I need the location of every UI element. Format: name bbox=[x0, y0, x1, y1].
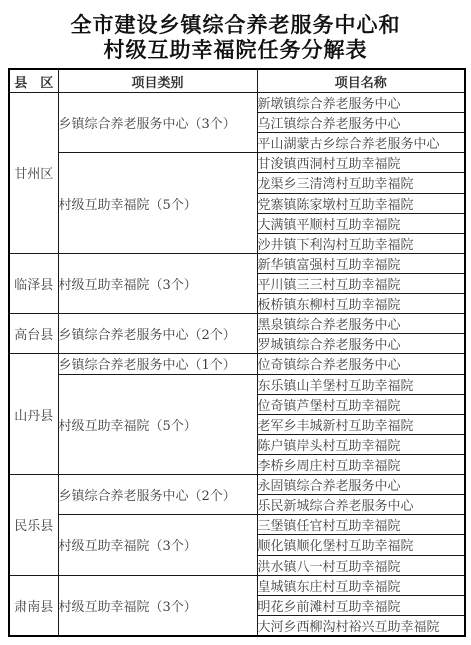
project-cell: 永固镇综合养老服务中心 bbox=[257, 475, 465, 495]
project-cell: 东乐镇山羊堡村互助幸福院 bbox=[257, 374, 465, 394]
project-cell: 平川镇三三村互助幸福院 bbox=[257, 273, 465, 293]
table-row: 肃南县 村级互助幸福院（3个） 皇城镇东庄村互助幸福院 bbox=[9, 575, 465, 595]
category-cell: 村级互助幸福院（5个） bbox=[58, 374, 257, 475]
county-cell: 临泽县 bbox=[9, 253, 58, 313]
county-cell: 高台县 bbox=[9, 314, 58, 354]
project-cell: 乐民新城综合养老服务中心 bbox=[257, 495, 465, 515]
project-cell: 顺化镇顺化堡村互助幸福院 bbox=[257, 535, 465, 555]
category-cell: 村级互助幸福院（3个） bbox=[58, 575, 257, 636]
page-title-line-2: 村级互助幸福院任务分解表 bbox=[0, 37, 471, 62]
project-cell: 乌江镇综合养老服务中心 bbox=[257, 113, 465, 133]
table-row: 村级互助幸福院（5个） 甘浚镇西洞村互助幸福院 bbox=[9, 153, 465, 173]
table-header-row: 县 区 项目类别 项目名称 bbox=[9, 69, 465, 93]
table-row: 山丹县 乡镇综合养老服务中心（1个） 位奇镇综合养老服务中心 bbox=[9, 354, 465, 374]
project-cell: 老军乡丰城新村互助幸福院 bbox=[257, 414, 465, 434]
project-cell: 洪水镇八一村互助幸福院 bbox=[257, 555, 465, 575]
county-cell: 肃南县 bbox=[9, 575, 58, 636]
project-cell: 位奇镇芦堡村互助幸福院 bbox=[257, 394, 465, 414]
category-cell: 乡镇综合养老服务中心（2个） bbox=[58, 475, 257, 515]
project-cell: 陈户镇岸头村互助幸福院 bbox=[257, 434, 465, 454]
project-cell: 板桥镇东柳村互助幸福院 bbox=[257, 294, 465, 314]
header-project-category: 项目类别 bbox=[58, 69, 257, 93]
page-title: 全市建设乡镇综合养老服务中心和 村级互助幸福院任务分解表 bbox=[0, 0, 471, 62]
county-cell: 山丹县 bbox=[9, 354, 58, 475]
project-cell: 新墩镇综合养老服务中心 bbox=[257, 93, 465, 113]
header-project-name: 项目名称 bbox=[257, 69, 465, 93]
table-row: 高台县 乡镇综合养老服务中心（2个） 黑泉镇综合养老服务中心 bbox=[9, 314, 465, 334]
project-cell: 皇城镇东庄村互助幸福院 bbox=[257, 575, 465, 595]
category-cell: 乡镇综合养老服务中心（2个） bbox=[58, 314, 257, 354]
project-cell: 党寨镇陈家墩村互助幸福院 bbox=[257, 193, 465, 213]
category-cell: 村级互助幸福院（5个） bbox=[58, 153, 257, 254]
project-cell: 甘浚镇西洞村互助幸福院 bbox=[257, 153, 465, 173]
category-cell: 村级互助幸福院（3个） bbox=[58, 253, 257, 313]
project-cell: 罗城镇综合养老服务中心 bbox=[257, 334, 465, 354]
page-title-line-1: 全市建设乡镇综合养老服务中心和 bbox=[0, 12, 471, 37]
project-cell: 大河乡西柳沟村裕兴互助幸福院 bbox=[257, 615, 465, 636]
county-cell: 民乐县 bbox=[9, 475, 58, 576]
project-cell: 位奇镇综合养老服务中心 bbox=[257, 354, 465, 374]
project-cell: 三堡镇任官村互助幸福院 bbox=[257, 515, 465, 535]
project-cell: 新华镇富强村互助幸福院 bbox=[257, 253, 465, 273]
table-row: 村级互助幸福院（3个） 三堡镇任官村互助幸福院 bbox=[9, 515, 465, 535]
category-cell: 乡镇综合养老服务中心（3个） bbox=[58, 93, 257, 153]
project-cell: 龙渠乡三清湾村互助幸福院 bbox=[257, 173, 465, 193]
project-cell: 平山湖蒙古乡综合养老服务中心 bbox=[257, 133, 465, 153]
category-cell: 乡镇综合养老服务中心（1个） bbox=[58, 354, 257, 374]
table-row: 临泽县 村级互助幸福院（3个） 新华镇富强村互助幸福院 bbox=[9, 253, 465, 273]
project-cell: 李桥乡周庄村互助幸福院 bbox=[257, 454, 465, 474]
table-row: 甘州区 乡镇综合养老服务中心（3个） 新墩镇综合养老服务中心 bbox=[9, 93, 465, 113]
project-cell: 大满镇平顺村互助幸福院 bbox=[257, 213, 465, 233]
task-breakdown-table: 县 区 项目类别 项目名称 甘州区 乡镇综合养老服务中心（3个） 新墩镇综合养老… bbox=[8, 68, 466, 637]
document-page: 全市建设乡镇综合养老服务中心和 村级互助幸福院任务分解表 县 区 项目类别 项目… bbox=[0, 0, 471, 645]
header-county: 县 区 bbox=[9, 69, 58, 93]
category-cell: 村级互助幸福院（3个） bbox=[58, 515, 257, 575]
county-cell: 甘州区 bbox=[9, 93, 58, 254]
table-row: 民乐县 乡镇综合养老服务中心（2个） 永固镇综合养老服务中心 bbox=[9, 475, 465, 495]
project-cell: 明花乡前滩村互助幸福院 bbox=[257, 595, 465, 615]
project-cell: 黑泉镇综合养老服务中心 bbox=[257, 314, 465, 334]
project-cell: 沙井镇下利沟村互助幸福院 bbox=[257, 233, 465, 253]
table-row: 村级互助幸福院（5个） 东乐镇山羊堡村互助幸福院 bbox=[9, 374, 465, 394]
